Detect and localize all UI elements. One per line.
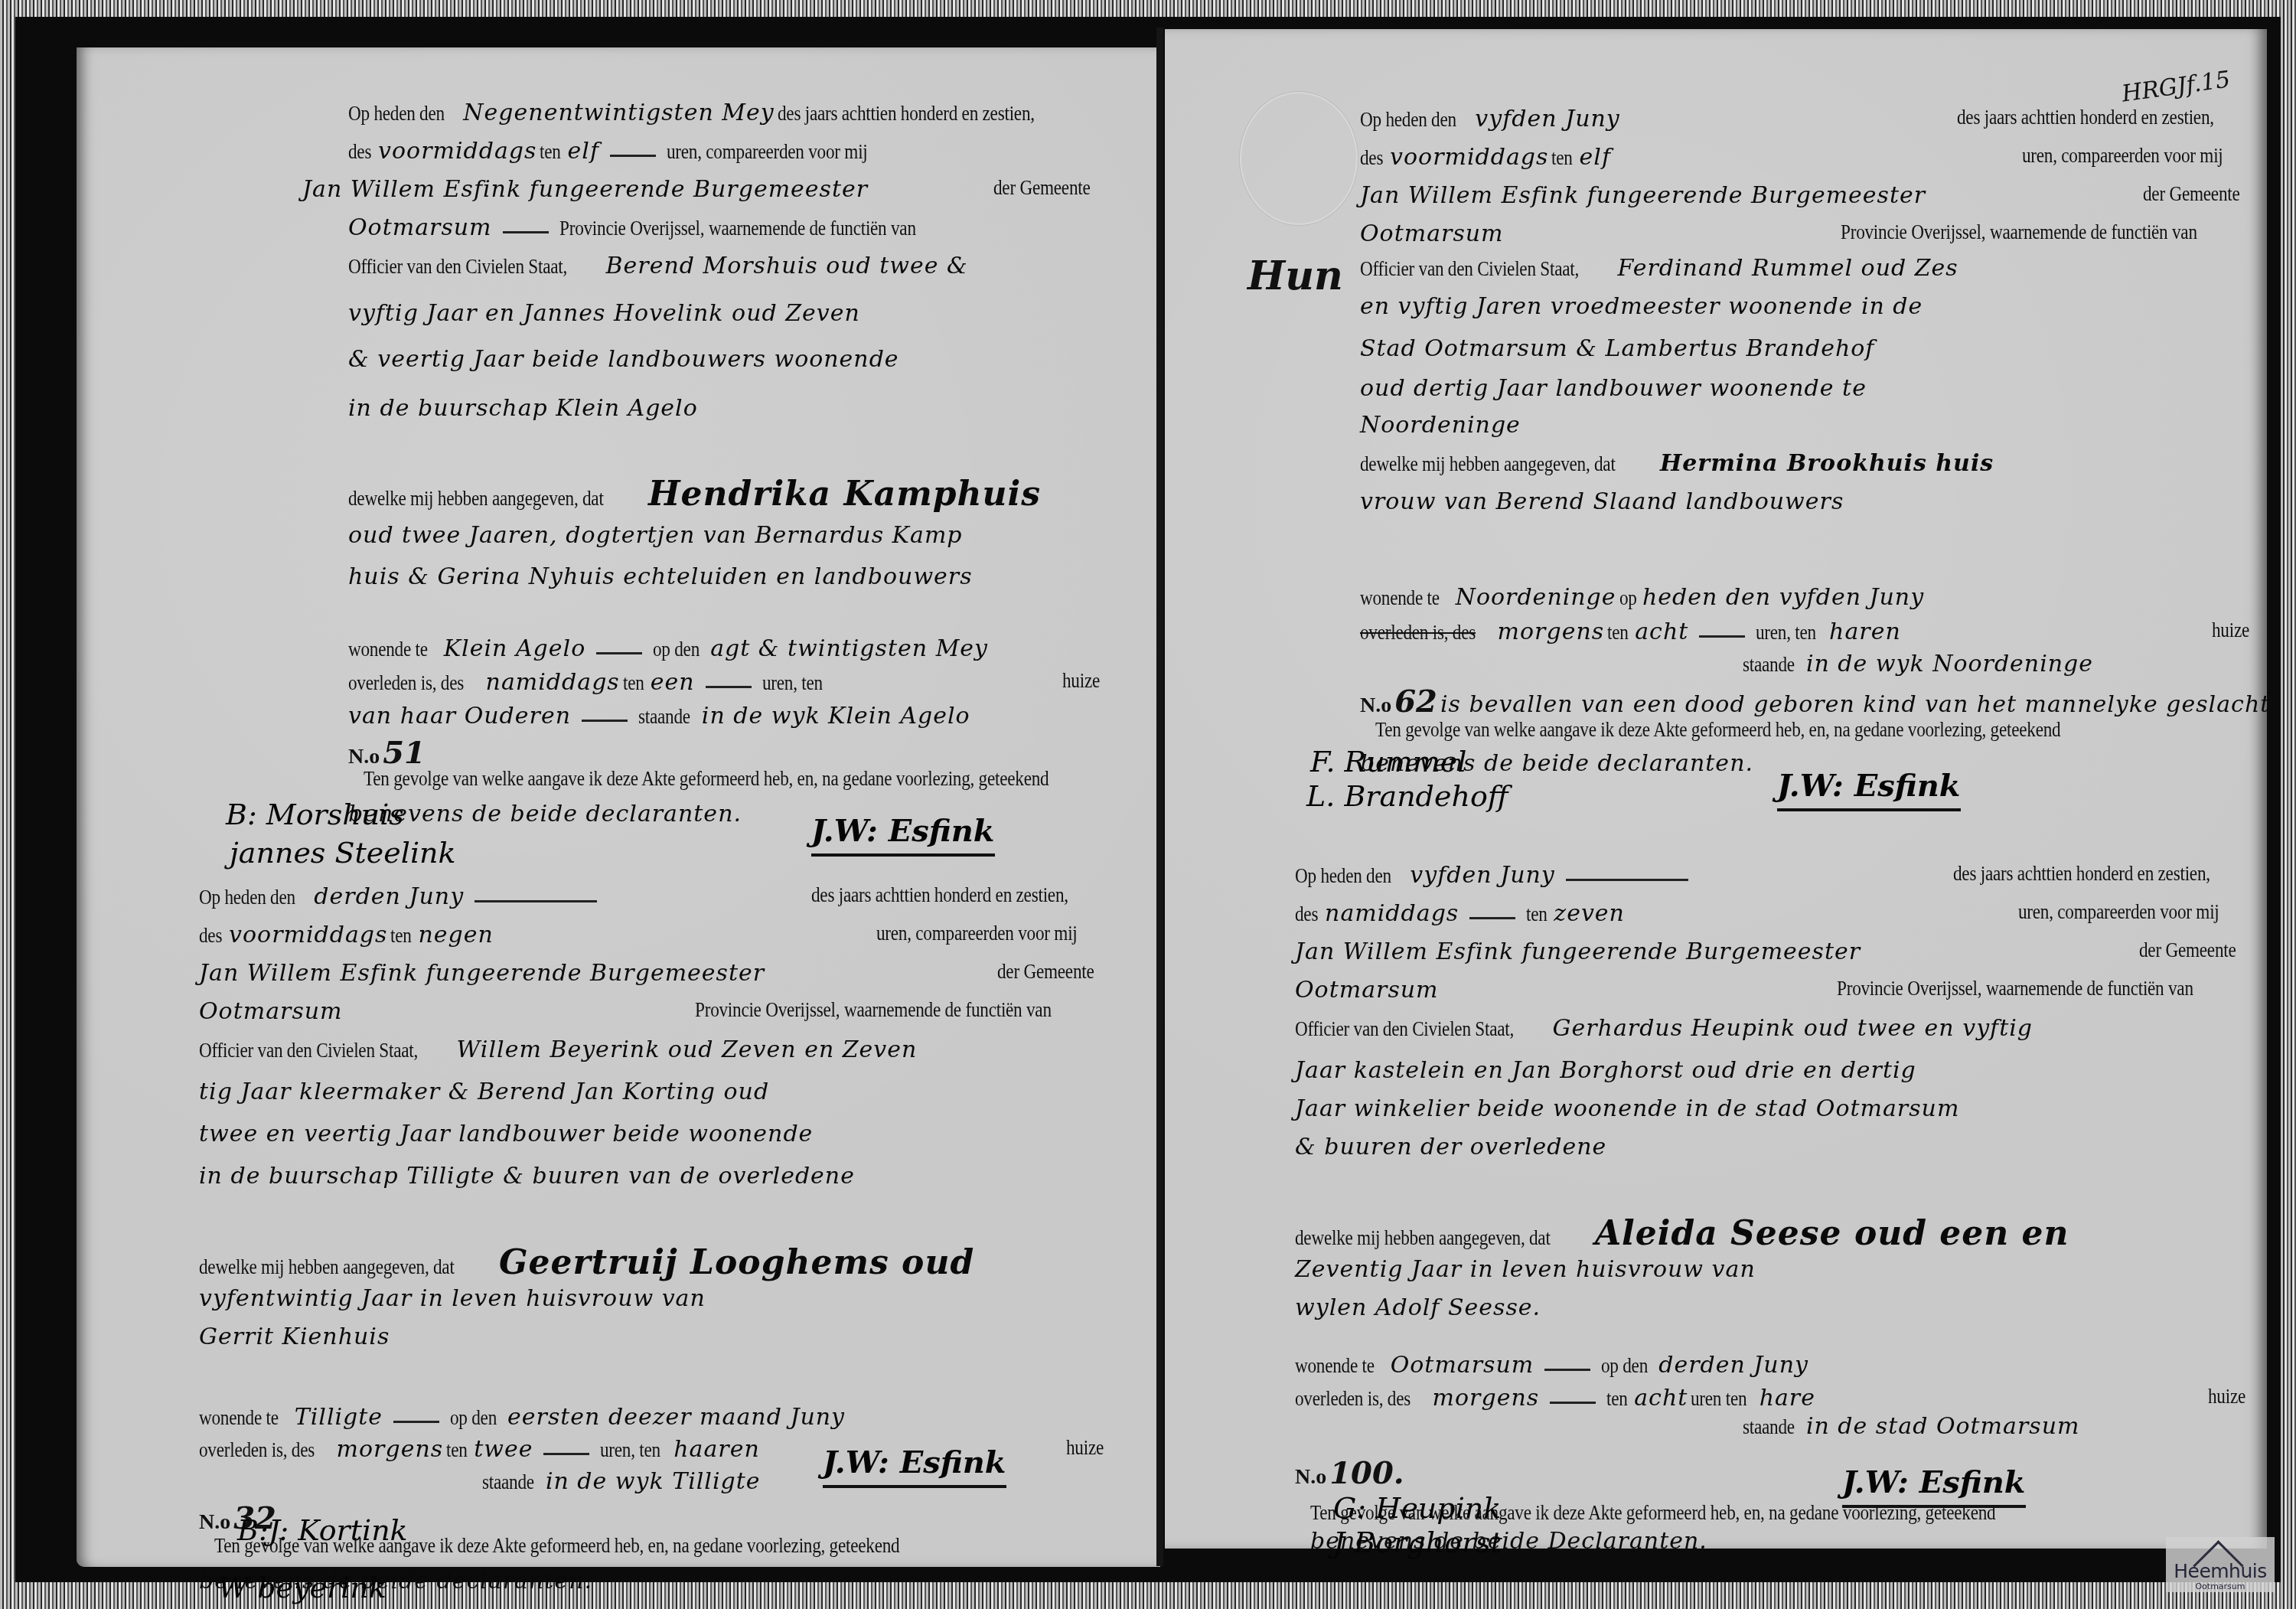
printed-text: uren, ten: [1756, 621, 1816, 645]
fill-dash: [1469, 917, 1515, 919]
entry-line: Ootmarsum Provincie Overijssel, waarneme…: [199, 998, 1110, 1032]
deceased-description: wylen Adolf Seesse.: [1295, 1294, 1541, 1321]
handwritten-hour: zeven: [1554, 900, 1625, 927]
printed-text: Officier van den Civielen Staat,: [1360, 257, 1579, 281]
fill-dash: [543, 1453, 589, 1455]
handwritten-declarants: in de buurschap Tilligte & buuren van de…: [199, 1163, 855, 1190]
number-label: N.o: [199, 1510, 230, 1534]
handwritten-declarants: Jaar kastelein en Jan Borghorst oud drie…: [1295, 1057, 1916, 1084]
entry-line: des namiddags ten zeven uren, compareerd…: [1295, 900, 2252, 934]
handwritten-declarants: Noordeninge: [1360, 412, 1521, 439]
closing-text: Ten gevolge van welke aangave ik deze Ak…: [1375, 718, 2060, 742]
death-time-of-day: namiddags: [486, 669, 620, 696]
printed-text: ten: [540, 140, 561, 164]
entry-line: in de buurschap Tilligte & buuren van de…: [199, 1163, 1110, 1196]
entry-line: Op heden den vyfden Juny des jaars achtt…: [1295, 862, 2252, 896]
printed-text: dewelke mij hebben aangegeven, dat: [348, 487, 604, 511]
entry-line: Ootmarsum Provincie Overijssel, waarneme…: [1360, 220, 2255, 254]
entry-line: Jan Willem Esfink fungeerende Burgemeest…: [199, 960, 1110, 994]
entry-line: Officier van den Civielen Staat, Gerhard…: [1295, 1015, 2252, 1049]
printed-text: Op heden den: [1295, 864, 1391, 888]
handwritten-mayor: Jan Willem Esfink fungeerende Burgemeest…: [1360, 182, 1926, 209]
handwritten-declarants: & veertig Jaar beide landbouwers woonend…: [348, 346, 899, 373]
entry-line: dewelke mij hebben aangegeven, dat Geert…: [199, 1243, 1110, 1277]
printed-text: huize: [1066, 1436, 1104, 1460]
printed-text: Provincie Overijssel, waarnemende de fun…: [695, 998, 1052, 1022]
handwritten-mayor: Jan Willem Esfink fungeerende Burgemeest…: [1295, 938, 1861, 965]
entry-line: dewelke mij hebben aangegeven, dat Hermi…: [1360, 450, 2255, 484]
heemhuis-watermark-logo: Heemhuis Ootmarsum: [2166, 1537, 2275, 1592]
death-time-of-day: morgens: [1433, 1385, 1540, 1412]
entry-line: wonende te Ootmarsum op den derden Juny: [1295, 1352, 2252, 1385]
deceased-description: Zeventig Jaar in leven huisvrouw van: [1295, 1256, 1756, 1283]
entry-line: wylen Adolf Seesse.: [1295, 1294, 2252, 1328]
entry-line: Ten gevolge van welke aangave ik deze Ak…: [1375, 718, 2255, 752]
death-house: van haar Ouderen: [348, 703, 571, 729]
printed-text: ten: [1606, 1387, 1628, 1411]
printed-text: des jaars achttien honderd en zestien,: [1953, 862, 2210, 886]
number-label: N.o: [1295, 1465, 1326, 1489]
death-location: in de wyk Noordeninge: [1806, 651, 2093, 677]
printed-text: op: [1619, 586, 1637, 610]
deceased-description: oud twee Jaaren, dogtertjen van Bernardu…: [348, 522, 963, 549]
handwritten-declarants: Berend Morshuis oud twee &: [606, 253, 968, 279]
fill-dash: [1566, 879, 1688, 881]
entry-line: Zeventig Jaar in leven huisvrouw van: [1295, 1256, 2252, 1290]
printed-text: uren, compareerden voor mij: [2018, 900, 2219, 924]
number-value: 100.: [1329, 1455, 1404, 1491]
death-date: agt & twintigsten Mey: [710, 635, 988, 662]
fill-dash: [610, 155, 656, 157]
entry-line: vrouw van Berend Slaand landbouwers: [1360, 488, 2255, 522]
handwritten-declarants: Willem Beyerink oud Zeven en Zeven: [457, 1036, 918, 1063]
printed-text: der Gemeente: [2139, 938, 2236, 962]
printed-text: overleden is, des: [1295, 1387, 1411, 1411]
entry-line: & buuren der overledene: [1295, 1134, 2252, 1167]
printed-text: huize: [2212, 618, 2249, 642]
entry-line: Jaar winkelier beide woonende in de stad…: [1295, 1095, 2252, 1129]
entry-line: wonende te Noordeninge op heden den vyfd…: [1360, 584, 2255, 618]
deceased-name: Geertruij Looghems oud: [499, 1243, 974, 1282]
handwritten-date: derden Juny: [314, 883, 464, 910]
printed-text: op den: [1601, 1354, 1648, 1378]
entry-line: Gerrit Kienhuis: [199, 1323, 1110, 1357]
handwritten-declarants: in de buurschap Klein Agelo: [348, 395, 698, 422]
death-date: heden den vyfden Juny: [1642, 584, 1924, 611]
printed-text-struck: overleden is, des: [1360, 621, 1476, 645]
printed-text: dewelke mij hebben aangegeven, dat: [1295, 1226, 1551, 1250]
embossed-seal: [1240, 92, 1358, 225]
printed-text: der Gemeente: [2143, 182, 2239, 206]
printed-text: uren, compareerden voor mij: [876, 922, 1078, 945]
handwritten-declarants: Jaar winkelier beide woonende in de stad…: [1295, 1095, 1959, 1122]
fill-dash: [503, 231, 549, 233]
entry-line: tig Jaar kleermaker & Berend Jan Korting…: [199, 1079, 1110, 1112]
entry-line: Jaar kastelein en Jan Borghorst oud drie…: [1295, 1057, 2252, 1091]
entry-line: wonende te Klein Agelo op den agt & twin…: [348, 635, 1106, 669]
entry-line: Op heden den Negenentwintigsten Mey des …: [348, 100, 1106, 133]
logo-subtitle: Ootmarsum: [2166, 1581, 2275, 1591]
death-date: eersten deezer maand Juny: [507, 1404, 845, 1431]
witness-signature: B:J: Kortink: [237, 1513, 408, 1547]
entry-line: dewelke mij hebben aangegeven, dat Hendr…: [348, 475, 1106, 508]
printed-text: uren, compareerden voor mij: [2022, 144, 2223, 168]
residence-place: Ootmarsum: [1391, 1352, 1534, 1379]
printed-text: des jaars achttien honderd en zestien,: [778, 102, 1035, 126]
record-number: N.o 62 is bevallen van een dood geboren …: [1360, 684, 2255, 717]
printed-text: Op heden den: [199, 886, 295, 909]
entry-line: overleden is, des morgens ten acht uren,…: [1360, 618, 2255, 652]
entry-line: Officier van den Civielen Staat, Willem …: [199, 1036, 1110, 1070]
printed-text: wonende te: [348, 638, 428, 661]
entry-line: des voormiddags ten elf uren, compareerd…: [1360, 144, 2255, 178]
printed-text: des: [1295, 902, 1318, 926]
printed-text: ten: [1607, 621, 1629, 645]
entry-line: en vyftig Jaren vroedmeester woonende in…: [1360, 293, 2255, 327]
death-location: in de wyk Klein Agelo: [702, 703, 970, 729]
printed-text: overleden is, des: [199, 1438, 315, 1462]
entry-line: des voormiddags ten elf uren, compareerd…: [348, 138, 1106, 171]
deceased-description: huis & Gerina Nyhuis echteluiden en land…: [348, 563, 973, 590]
fill-dash: [582, 720, 628, 722]
handwritten-time-of-day: namiddags: [1325, 900, 1459, 927]
handwritten-hour: elf: [568, 138, 599, 165]
handwritten-municipality: Ootmarsum: [1295, 977, 1439, 1004]
witness-signature: W beyerink: [218, 1571, 386, 1604]
printed-text: Officier van den Civielen Staat,: [199, 1039, 418, 1062]
entry-line: Noordeninge: [1360, 412, 2255, 445]
death-date: derden Juny: [1658, 1352, 1808, 1379]
entry-line: Officier van den Civielen Staat, Berend …: [348, 253, 1106, 286]
printed-text: huize: [1062, 669, 1100, 693]
entry-line: Stad Ootmarsum & Lambertus Brandehof: [1360, 335, 2255, 369]
entry-line: & veertig Jaar beide landbouwers woonend…: [348, 346, 1106, 380]
printed-text: Officier van den Civielen Staat,: [348, 255, 567, 279]
entry-line: twee en veertig Jaar landbouwer beide wo…: [199, 1121, 1110, 1154]
death-location: in de wyk Tilligte: [546, 1468, 761, 1495]
entry-line: van haar Ouderen staande in de wyk Klein…: [348, 703, 1106, 736]
death-time-of-day: morgens: [1498, 618, 1605, 645]
deceased-description: vyfentwintig Jaar in leven huisvrouw van: [199, 1285, 706, 1312]
handwritten-municipality: Ootmarsum: [1360, 220, 1504, 247]
fill-dash: [1699, 635, 1745, 638]
handwritten-time-of-day: voormiddags: [1390, 144, 1548, 171]
deceased-description: Gerrit Kienhuis: [199, 1323, 390, 1350]
handwritten-municipality: Ootmarsum: [348, 214, 492, 241]
margin-note: Hun: [1247, 253, 1343, 299]
death-house: haren: [1829, 618, 1901, 645]
entry-line: huis & Gerina Nyhuis echteluiden en land…: [348, 563, 1106, 597]
printed-text: des: [1360, 146, 1383, 170]
mayor-signature: J.W: Esfink: [823, 1444, 1006, 1488]
stillbirth-note: is bevallen van een dood geboren kind va…: [1440, 691, 2270, 718]
printed-text: Provincie Overijssel, waarnemende de fun…: [559, 217, 916, 240]
deceased-name: Aleida Seese oud een en: [1595, 1214, 2069, 1253]
entry-line: staande in de wyk Tilligte: [482, 1468, 1110, 1502]
fill-dash: [596, 652, 642, 654]
entry-line: Jan Willem Esfink fungeerende Burgemeest…: [1360, 182, 2255, 216]
witness-signature: B: Morshuis: [226, 798, 404, 831]
printed-text: wonende te: [1295, 1354, 1375, 1378]
printed-text: staande: [1743, 653, 1795, 677]
entry-line: Ootmarsum Provincie Overijssel, waarneme…: [348, 214, 1106, 248]
printed-text: Op heden den: [1360, 108, 1456, 132]
printed-text: ten: [1526, 902, 1548, 926]
deceased-name: Hendrika Kamphuis: [648, 475, 1041, 514]
entry-line: in de buurschap Klein Agelo: [348, 395, 1106, 429]
fill-dash: [1550, 1402, 1596, 1404]
handwritten-declarants: oud dertig Jaar landbouwer woonende te: [1360, 375, 1867, 402]
printed-text: der Gemeente: [997, 960, 1094, 984]
handwritten-declarants: vyftig Jaar en Jannes Hovelink oud Zeven: [348, 300, 860, 327]
mayor-signature: J.W: Esfink: [811, 813, 995, 857]
fill-dash: [1544, 1369, 1590, 1371]
printed-text: ten: [623, 671, 644, 695]
printed-text: overleden is, des: [348, 671, 464, 695]
page-reference: HRGJf.15: [2120, 66, 2232, 107]
handwritten-time-of-day: voormiddags: [378, 138, 536, 165]
handwritten-declarants: en vyftig Jaren vroedmeester woonende in…: [1360, 293, 1923, 320]
witness-signature: F. Rummel: [1310, 745, 1466, 778]
printed-text: op den: [450, 1406, 497, 1430]
entry-line: Officier van den Civielen Staat, Ferdina…: [1360, 255, 2255, 289]
printed-text: Officier van den Civielen Staat,: [1295, 1017, 1514, 1041]
fill-dash: [393, 1421, 439, 1423]
printed-text: der Gemeente: [993, 176, 1090, 200]
closing-handwritten: benevens de beide declaranten.: [348, 801, 742, 827]
handwritten-date: vyfden Juny: [1410, 862, 1554, 889]
witness-signature: G: Heupink: [1333, 1491, 1501, 1525]
death-house: haaren: [673, 1436, 760, 1463]
handwritten-date: Negenentwintigsten Mey: [463, 100, 774, 126]
number-label: N.o: [1360, 694, 1391, 717]
printed-text: dewelke mij hebben aangegeven, dat: [199, 1255, 455, 1279]
deceased-name: Hermina Brookhuis huis: [1660, 450, 1994, 477]
entry-line: overleden is, des namiddags ten een uren…: [348, 669, 1106, 703]
handwritten-declarants: twee en veertig Jaar landbouwer beide wo…: [199, 1121, 813, 1147]
handwritten-mayor: Jan Willem Esfink fungeerende Burgemeest…: [302, 176, 868, 203]
handwritten-declarants: & buuren der overledene: [1295, 1134, 1606, 1160]
printed-text: staande: [482, 1470, 534, 1494]
handwritten-declarants: Ferdinand Rummel oud Zes: [1618, 255, 1958, 282]
record-number: N.o 100.: [1295, 1455, 2252, 1489]
handwritten-hour: elf: [1580, 144, 1611, 171]
printed-text: op den: [653, 638, 700, 661]
death-hour: twee: [474, 1436, 533, 1463]
entry-line: staande in de wyk Noordeninge: [1743, 651, 2255, 684]
entry-line: Op heden den derden Juny des jaars achtt…: [199, 883, 1110, 917]
entry-line: Jan Willem Esfink fungeerende Burgemeest…: [348, 176, 1106, 210]
printed-text: uren ten: [1691, 1387, 1746, 1411]
handwritten-mayor: Jan Willem Esfink fungeerende Burgemeest…: [199, 960, 765, 987]
record-number: N.o 51: [348, 735, 1106, 769]
printed-text: des jaars achttien honderd en zestien,: [1957, 106, 2214, 129]
handwritten-hour: negen: [419, 922, 494, 948]
residence-place: Klein Agelo: [444, 635, 586, 662]
printed-text: uren, ten: [762, 671, 823, 695]
death-time-of-day: morgens: [337, 1436, 444, 1463]
handwritten-municipality: Ootmarsum: [199, 998, 343, 1025]
entry-line: vyfentwintig Jaar in leven huisvrouw van: [199, 1285, 1110, 1319]
printed-text: dewelke mij hebben aangegeven, dat: [1360, 452, 1616, 476]
entry-line: Jan Willem Esfink fungeerende Burgemeest…: [1295, 938, 2252, 972]
witness-signature: jannes Steelink: [230, 836, 456, 870]
printed-text: wonende te: [1360, 586, 1440, 610]
handwritten-time-of-day: voormiddags: [229, 922, 387, 948]
handwritten-declarants: Stad Ootmarsum & Lambertus Brandehof: [1360, 335, 1874, 362]
number-label: N.o: [348, 745, 380, 769]
closing-text: Ten gevolge van welke aangave ik deze Ak…: [364, 767, 1049, 791]
logo-name: Heemhuis: [2166, 1560, 2275, 1582]
entry-line: dewelke mij hebben aangegeven, dat Aleid…: [1295, 1214, 2252, 1248]
death-hour: een: [651, 669, 695, 696]
printed-text: ten: [390, 924, 412, 948]
deceased-description: vrouw van Berend Slaand landbouwers: [1360, 488, 1844, 515]
printed-text: Op heden den: [348, 102, 445, 126]
mayor-signature: J.W: Esfink: [1777, 768, 1961, 811]
number-value: 51: [383, 735, 426, 771]
handwritten-declarants: Gerhardus Heupink oud twee en vyftig: [1553, 1015, 2033, 1042]
death-location: in de stad Ootmarsum: [1806, 1413, 2080, 1440]
entry-line: oud twee Jaaren, dogtertjen van Bernardu…: [348, 522, 1106, 556]
printed-text: staande: [638, 705, 690, 729]
printed-text: uren, ten: [600, 1438, 660, 1462]
printed-text: huize: [2208, 1385, 2245, 1408]
entry-line: wonende te Tilligte op den eersten deeze…: [199, 1404, 1110, 1438]
death-hour: acht: [1635, 618, 1688, 645]
entry-line: oud dertig Jaar landbouwer woonende te: [1360, 375, 2255, 409]
entry-line: des voormiddags ten negen uren, comparee…: [199, 922, 1110, 955]
book-spine: [1156, 28, 1163, 1566]
handwritten-declarants: tig Jaar kleermaker & Berend Jan Korting…: [199, 1079, 769, 1105]
witness-signature: L. Brandehoff: [1306, 779, 1508, 813]
printed-text: des: [348, 140, 371, 164]
printed-text: des: [199, 924, 222, 948]
printed-text: des jaars achttien honderd en zestien,: [811, 883, 1068, 907]
entry-line: Ten gevolge van welke aangave ik deze Ak…: [364, 767, 1106, 801]
death-hour: acht: [1634, 1385, 1688, 1412]
left-page: Op heden den Negenentwintigsten Mey des …: [77, 47, 1160, 1567]
printed-text: ten: [446, 1438, 468, 1462]
handwritten-date: vyfden Juny: [1475, 106, 1619, 132]
mayor-signature: J.W: Esfink: [1842, 1464, 2026, 1508]
residence-place: Tilligte: [295, 1404, 383, 1431]
entry-line: vyftig Jaar en Jannes Hovelink oud Zeven: [348, 300, 1106, 334]
entry-line: Ootmarsum Provincie Overijssel, waarneme…: [1295, 977, 2252, 1010]
printed-text: wonende te: [199, 1406, 279, 1430]
residence-place: Noordeninge: [1456, 584, 1616, 611]
printed-text: Provincie Overijssel, waarnemende de fun…: [1841, 220, 2197, 244]
entry-line: Op heden den vyfden Juny des jaars achtt…: [1360, 106, 2255, 139]
fill-dash: [475, 900, 597, 902]
number-value: 62: [1394, 684, 1437, 720]
printed-text: Provincie Overijssel, waarnemende de fun…: [1837, 977, 2193, 1000]
printed-text: ten: [1551, 146, 1573, 170]
death-house: hare: [1760, 1385, 1815, 1412]
printed-text: uren, compareerden voor mij: [667, 140, 868, 164]
fill-dash: [706, 686, 752, 688]
entry-line: staande in de stad Ootmarsum: [1743, 1413, 2252, 1447]
printed-text: staande: [1743, 1415, 1795, 1439]
witness-signature: J Borghorst: [1333, 1526, 1502, 1559]
